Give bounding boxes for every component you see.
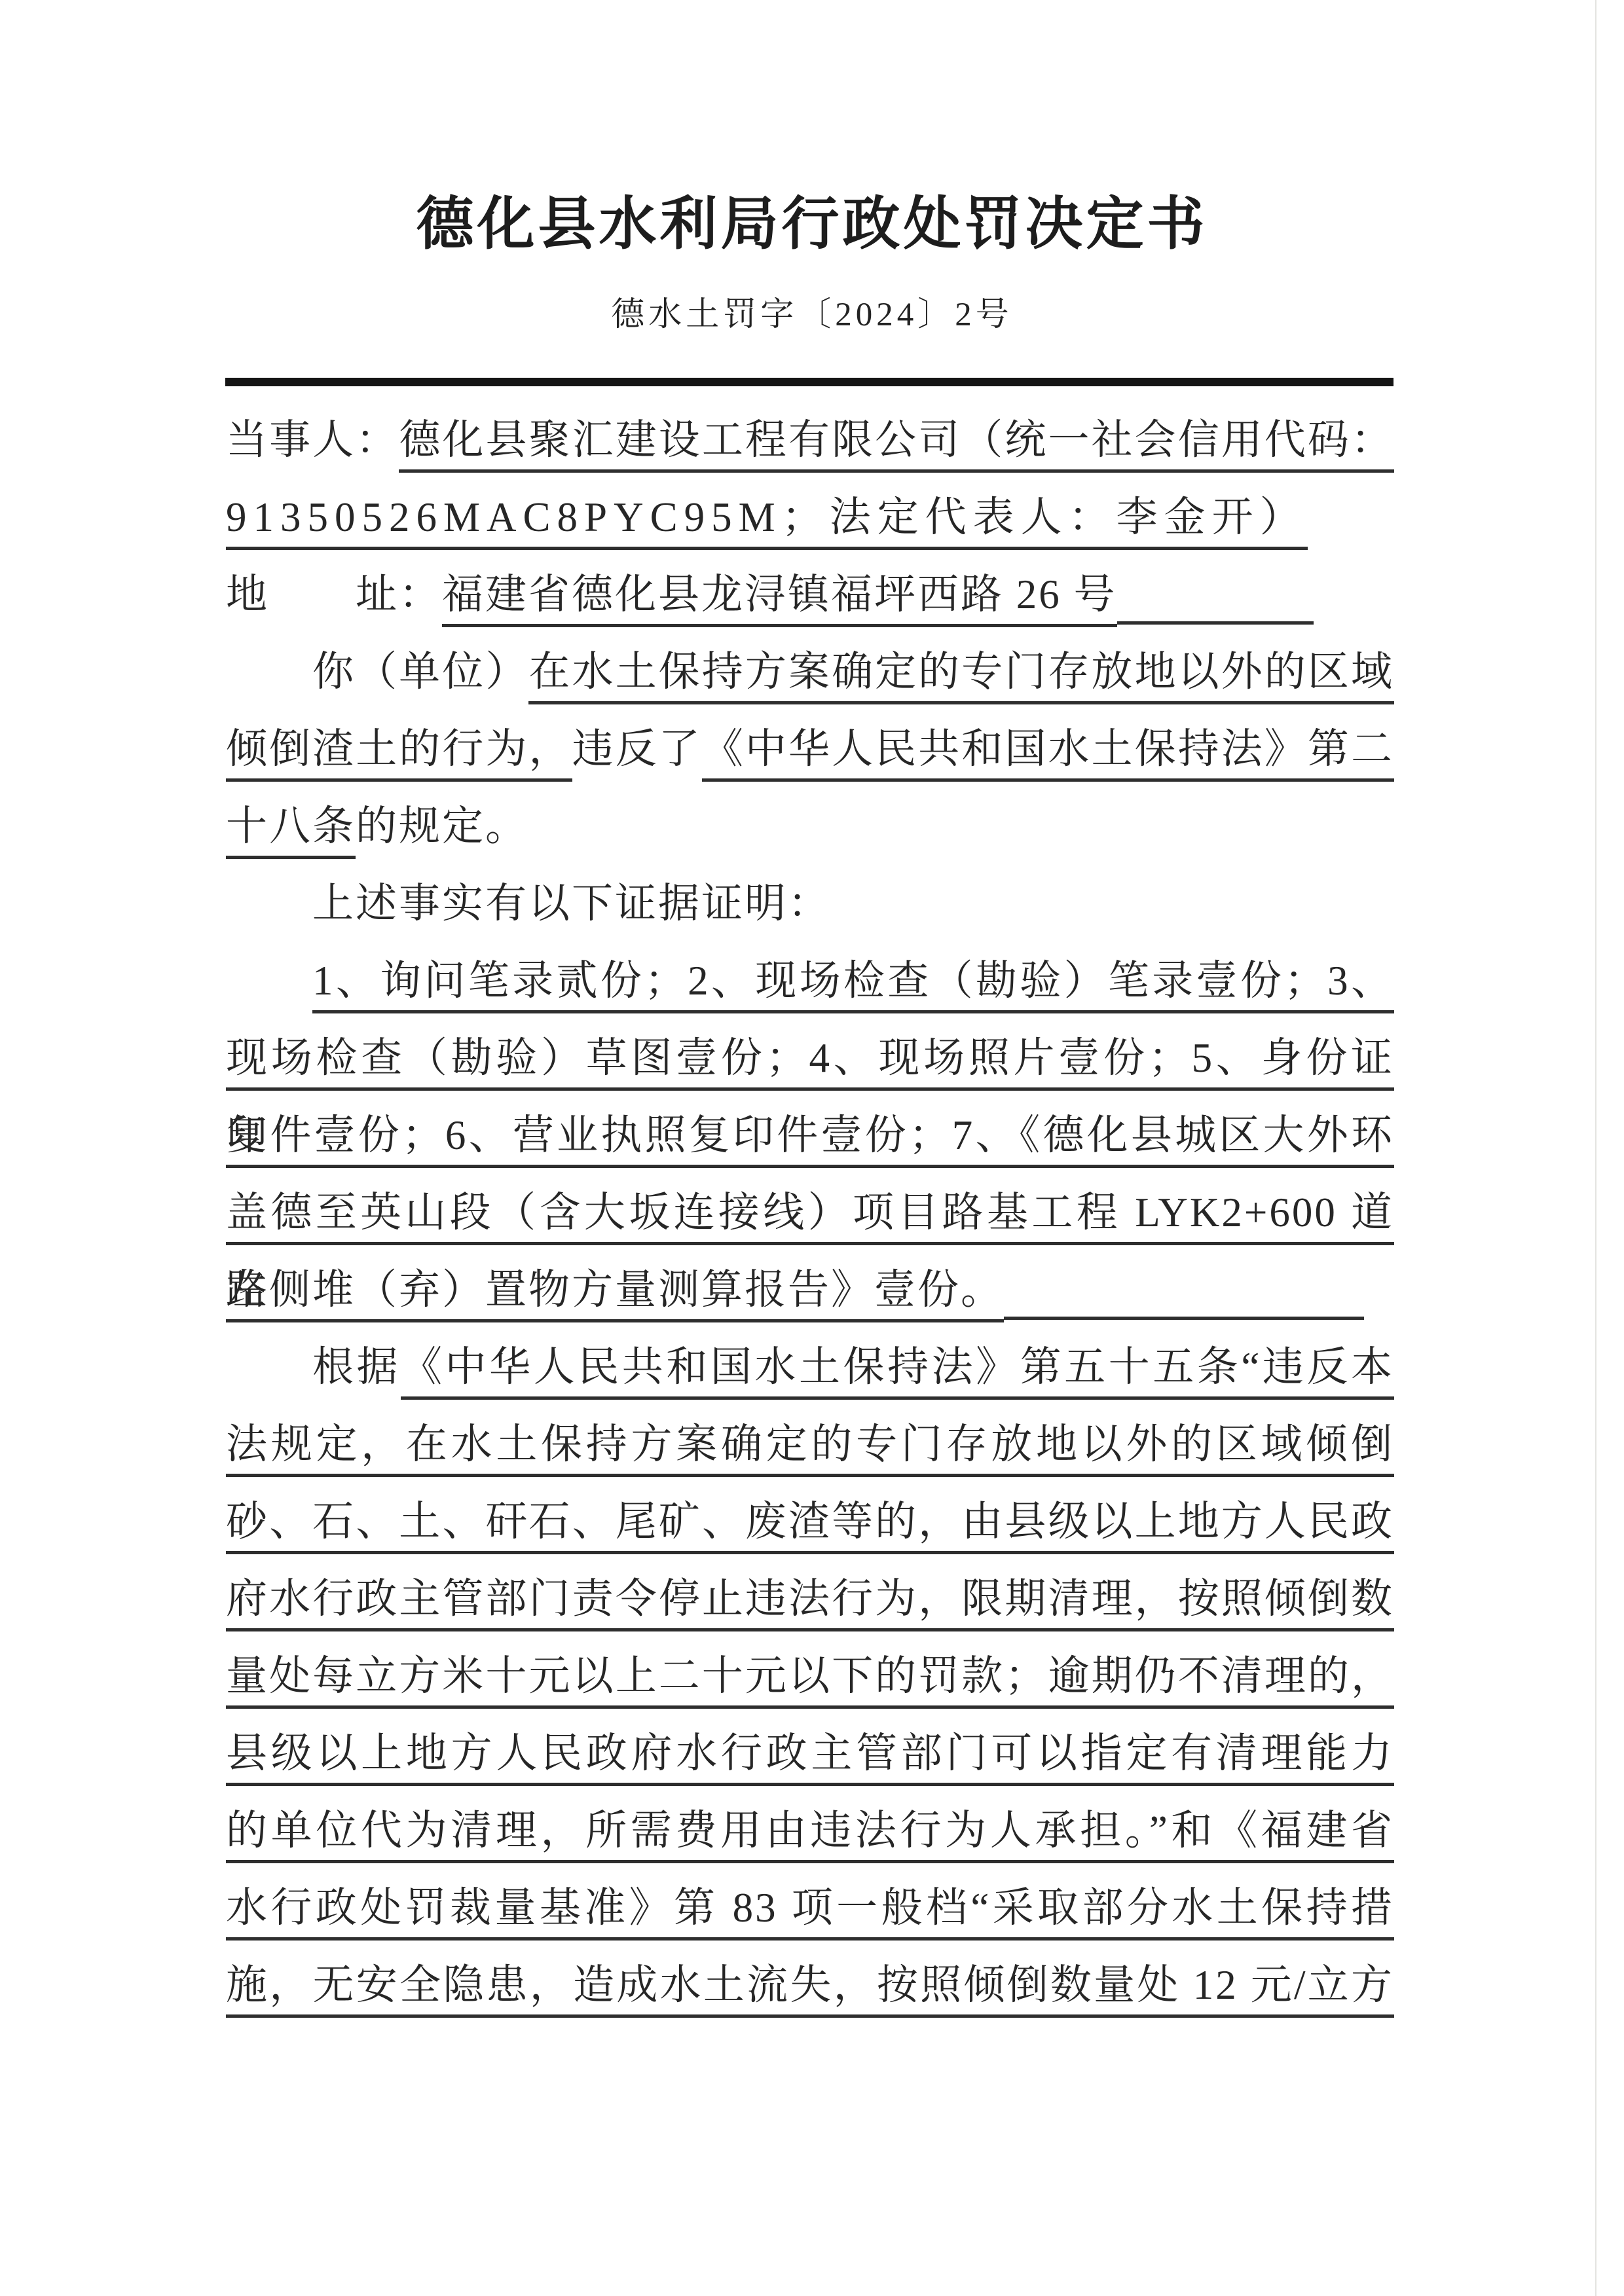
line-evidence-4: 盖德至英山段（含大坂连接线）项目路基工程 LYK2+600 道路	[226, 1174, 1394, 1251]
doc-number: 德水土罚字〔2024〕2号	[0, 287, 1624, 335]
line-legal-7: 的单位代为清理，所需费用由违法行为人承担。”和《福建省	[226, 1792, 1394, 1869]
text-segment: 水行政处罚裁量基准》第 83 项一般档“采取部分水土保持措	[226, 1885, 1394, 1941]
scan-edge-line	[1595, 0, 1596, 2296]
text-segment: 十八条	[226, 803, 356, 859]
document-page: 德化县水利局行政处罚决定书 德水土罚字〔2024〕2号 当事人：德化县聚汇建设工…	[0, 0, 1624, 2296]
underline-fill	[1117, 621, 1314, 625]
text-segment: 《中华人民共和国水土保持法》第二	[702, 726, 1394, 782]
line-evidence-2: 现场检查（勘验）草图壹份；4、现场照片壹份；5、身份证复	[226, 1019, 1394, 1097]
line-violation-1: 你（单位）在水土保持方案确定的专门存放地以外的区域	[226, 633, 1394, 710]
line-violation-3: 十八条的规定。	[226, 788, 1394, 865]
text-segment: 量处每立方米十元以上二十元以下的罚款；逾期仍不清理的，	[226, 1653, 1394, 1709]
text-segment: 根据	[312, 1344, 401, 1390]
text-segment: 府水行政主管部门责令停止违法行为，限期清理，按照倾倒数	[226, 1576, 1394, 1631]
text-segment: 当事人：	[226, 417, 399, 463]
line-evidence-1: 1、询问笔录贰份；2、现场检查（勘验）笔录壹份；3、	[226, 942, 1394, 1019]
line-legal-5: 量处每立方米十元以上二十元以下的罚款；逾期仍不清理的，	[226, 1637, 1394, 1715]
text-segment: 违反了	[572, 726, 702, 772]
text-segment: 你（单位）	[312, 649, 528, 695]
underline-fill	[1004, 1317, 1364, 1320]
line-credit-code: 91350526MAC8PYC95M；法定代表人：李金开）	[226, 479, 1394, 556]
text-segment: 印件壹份；6、营业执照复印件壹份；7、《德化县城区大外环	[226, 1112, 1394, 1168]
text-segment: 施，无安全隐患，造成水土流失，按照倾倒数量处 12 元/立方	[226, 1962, 1394, 2018]
line-legal-8: 水行政处罚裁量基准》第 83 项一般档“采取部分水土保持措	[226, 1869, 1394, 1946]
text-segment: 1、询问笔录贰份；2、现场检查（勘验）笔录壹份；3、	[312, 958, 1394, 1013]
line-legal-3: 砂、石、土、矸石、尾矿、废渣等的，由县级以上地方人民政	[226, 1483, 1394, 1560]
line-address: 地 址：福建省德化县龙浔镇福坪西路 26 号	[226, 556, 1394, 633]
page-title: 德化县水利局行政处罚决定书	[0, 178, 1624, 261]
text-segment: 县级以上地方人民政府水行政主管部门可以指定有清理能力	[226, 1730, 1394, 1786]
line-evidence-3: 印件壹份；6、营业执照复印件壹份；7、《德化县城区大外环	[226, 1097, 1394, 1174]
text-segment: 砂、石、土、矸石、尾矿、废渣等的，由县级以上地方人民政	[226, 1499, 1394, 1554]
text-segment: 91350526MAC8PYC95M；法定代表人：李金开）	[226, 494, 1308, 550]
line-legal-9: 施，无安全隐患，造成水土流失，按照倾倒数量处 12 元/立方	[226, 1946, 1394, 2024]
text-segment: 《中华人民共和国水土保持法》第五十五条“违反本	[401, 1344, 1394, 1400]
document-body: 当事人：德化县聚汇建设工程有限公司（统一社会信用代码：91350526MAC8P…	[226, 401, 1394, 2024]
line-party: 当事人：德化县聚汇建设工程有限公司（统一社会信用代码：	[226, 401, 1394, 479]
text-segment: 德化县聚汇建设工程有限公司（统一社会信用代码：	[399, 417, 1394, 473]
line-legal-6: 县级以上地方人民政府水行政主管部门可以指定有清理能力	[226, 1715, 1394, 1792]
text-segment: 在水土保持方案确定的专门存放地以外的区域	[528, 649, 1394, 704]
text-segment: 左侧堆（弃）置物方量测算报告》壹份。	[226, 1267, 1004, 1322]
line-legal-1: 根据《中华人民共和国水土保持法》第五十五条“违反本	[226, 1328, 1394, 1406]
horizontal-rule	[225, 378, 1393, 386]
text-segment: 地 址：	[226, 572, 442, 617]
line-violation-2: 倾倒渣土的行为，违反了《中华人民共和国水土保持法》第二	[226, 710, 1394, 788]
text-segment: 上述事实有以下证据证明：	[312, 881, 831, 926]
line-legal-2: 法规定，在水土保持方案确定的专门存放地以外的区域倾倒	[226, 1406, 1394, 1483]
text-segment: 的单位代为清理，所需费用由违法行为人承担。”和《福建省	[226, 1808, 1394, 1863]
text-segment: 福建省德化县龙浔镇福坪西路 26 号	[442, 572, 1117, 627]
line-legal-4: 府水行政主管部门责令停止违法行为，限期清理，按照倾倒数	[226, 1560, 1394, 1637]
line-evidence-5: 左侧堆（弃）置物方量测算报告》壹份。	[226, 1251, 1394, 1328]
line-evidence-intro: 上述事实有以下证据证明：	[226, 865, 1394, 942]
text-segment: 倾倒渣土的行为，	[226, 726, 572, 782]
text-segment: 的规定。	[356, 803, 528, 849]
text-segment: 法规定，在水土保持方案确定的专门存放地以外的区域倾倒	[226, 1421, 1394, 1477]
